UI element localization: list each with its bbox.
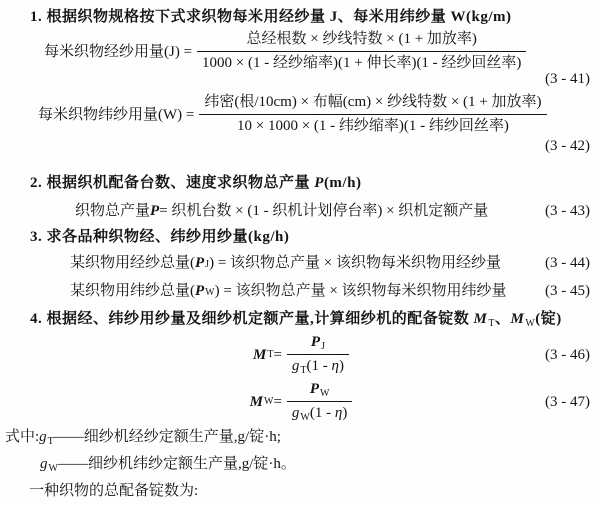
section-heading-3: 3. 求各品种织物经、纬纱用纱量(kg/h)	[0, 227, 602, 247]
eq46-den-paren: (1 -	[307, 358, 332, 374]
eq47-denominator: gW(1 - η)	[287, 402, 352, 423]
eq41-numerator: 总经根数 × 纱线特数 × (1 + 加放率)	[197, 30, 526, 52]
closing-sentence: 一种织物的总配备锭数为:	[0, 481, 602, 501]
heading-4-unit: (锭)	[535, 311, 562, 327]
eq47-den-close: )	[342, 405, 347, 421]
heading-2-unit: (m/h)	[324, 175, 362, 191]
eq47-lhs-variable: M	[250, 392, 263, 412]
heading-4-subscript-w: W	[525, 318, 535, 329]
note1-intro: 式中:	[5, 429, 39, 445]
eq47-numerator: PW	[287, 380, 352, 402]
eq45-variable: P	[195, 281, 204, 301]
note2-dash: ——	[58, 456, 88, 472]
eq47-number-label: (3 - 47)	[545, 392, 590, 412]
heading-4-separator: 、	[495, 311, 511, 327]
equation-3-46: MT = PJgT(1 - η) (3 - 46)	[0, 333, 602, 376]
eq47-formula: MW = PWgW(1 - η)	[250, 380, 353, 423]
note2-variable: g	[40, 456, 48, 472]
note1-dash: ——	[54, 429, 84, 445]
eq43-rest: = 织机台数 × (1 - 织机计划停台率) × 织机定额产量	[159, 201, 488, 221]
eq44-text: 某织物用经纱总量(	[70, 253, 195, 273]
eq46-formula: MT = PJgT(1 - η)	[253, 333, 349, 376]
eq47-num-variable: P	[310, 381, 319, 397]
eq43-variable: P	[150, 201, 159, 221]
eq47-fraction: PWgW(1 - η)	[287, 380, 352, 423]
eq47-den-subscript: W	[300, 412, 309, 423]
section-heading-4: 4. 根据经、纬纱用纱量及细纱机定额产量,计算细纱机的配备锭数 MT、MW(锭)	[0, 309, 602, 329]
eq46-equals: =	[273, 345, 281, 365]
equation-3-43: 织物总产量 P = 织机台数 × (1 - 织机计划停台率) × 织机定额产量(…	[0, 201, 602, 221]
heading-2-text: 2. 根据织机配备台数、速度求织物总产量	[30, 175, 314, 191]
eq46-eta: η	[332, 358, 339, 374]
note1-text: 细纱机经纱定额生产量,g/锭·h;	[84, 429, 281, 445]
eq43-text: 织物总产量	[75, 201, 150, 221]
eq41-fraction: 总经根数 × 纱线特数 × (1 + 加放率) 1000 × (1 - 经纱缩率…	[197, 30, 526, 73]
eq46-den-close: )	[339, 358, 344, 374]
eq43-number-label: (3 - 43)	[545, 201, 602, 221]
note1-variable: g	[39, 429, 47, 445]
eq46-number-label: (3 - 46)	[545, 345, 590, 365]
eq47-den-paren: (1 -	[310, 405, 335, 421]
eq41-denominator: 1000 × (1 - 经纱缩率)(1 + 伸长率)(1 - 经纱回丝率)	[197, 52, 526, 73]
eq41-number-label: (3 - 41)	[0, 71, 602, 88]
eq42-numerator: 纬密(根/10cm) × 布幅(cm) × 纱线特数 × (1 + 加放率)	[199, 93, 546, 115]
eq47-num-subscript: W	[320, 388, 329, 399]
section-heading-1: 1. 根据织物规格按下式求织物每米用经纱量 J、每米用纬纱量 W(kg/m)	[0, 0, 602, 27]
where-clause-gw: gW——细纱机纬纱定额生产量,g/锭·h。	[0, 454, 602, 474]
eq44-variable: P	[195, 253, 204, 273]
textbook-page: 1. 根据织物规格按下式求织物每米用经纱量 J、每米用纬纱量 W(kg/m) 每…	[0, 0, 602, 506]
equation-3-41: 每米织物经纱用量(J) = 总经根数 × 纱线特数 × (1 + 加放率) 10…	[0, 30, 602, 73]
eq46-denominator: gT(1 - η)	[287, 355, 349, 376]
eq42-lhs: 每米织物纬纱用量(W) =	[38, 105, 194, 125]
eq47-equals: =	[273, 392, 281, 412]
equation-3-45: 某织物用纬纱总量(PW) = 该织物总产量 × 该织物每米织物用纬纱量(3 - …	[0, 281, 602, 301]
where-clause-gt: 式中:gT——细纱机经纱定额生产量,g/锭·h;	[0, 427, 602, 447]
eq42-number-label: (3 - 42)	[0, 138, 602, 155]
eq46-den-variable: g	[292, 358, 300, 374]
equation-3-42: 每米织物纬纱用量(W) = 纬密(根/10cm) × 布幅(cm) × 纱线特数…	[0, 93, 602, 136]
heading-4-subscript-t: T	[488, 318, 495, 329]
eq46-num-subscript: J	[321, 341, 325, 352]
eq46-numerator: PJ	[287, 333, 349, 355]
eq46-fraction: PJgT(1 - η)	[287, 333, 349, 376]
eq45-rest: ) = 该织物总产量 × 该织物每米织物用纬纱量	[215, 281, 507, 301]
eq45-number-label: (3 - 45)	[545, 281, 602, 301]
note2-subscript: W	[49, 463, 58, 474]
heading-4-text: 4. 根据经、纬纱用纱量及细纱机定额产量,计算细纱机的配备锭数	[30, 311, 474, 327]
equation-3-47: MW = PWgW(1 - η) (3 - 47)	[0, 380, 602, 423]
eq44-rest: ) = 该织物总产量 × 该织物每米织物用经纱量	[209, 253, 501, 273]
eq46-lhs-variable: M	[253, 345, 266, 365]
heading-4-variable-mt: M	[474, 311, 488, 327]
eq42-denominator: 10 × 1000 × (1 - 纬纱缩率)(1 - 纬纱回丝率)	[199, 115, 546, 136]
eq42-fraction: 纬密(根/10cm) × 布幅(cm) × 纱线特数 × (1 + 加放率) 1…	[199, 93, 546, 136]
eq44-number-label: (3 - 44)	[545, 253, 602, 273]
heading-4-variable-mw: M	[510, 311, 524, 327]
section-heading-2: 2. 根据织机配备台数、速度求织物总产量 P(m/h)	[0, 173, 602, 193]
eq41-lhs: 每米织物经纱用量(J) =	[44, 42, 192, 62]
eq47-den-variable: g	[292, 405, 300, 421]
note2-text: 细纱机纬纱定额生产量,g/锭·h。	[88, 456, 296, 472]
eq46-num-variable: P	[311, 334, 320, 350]
equation-3-44: 某织物用经纱总量(PJ) = 该织物总产量 × 该织物每米织物用经纱量(3 - …	[0, 253, 602, 273]
eq45-text: 某织物用纬纱总量(	[70, 281, 195, 301]
heading-2-variable: P	[314, 175, 324, 191]
